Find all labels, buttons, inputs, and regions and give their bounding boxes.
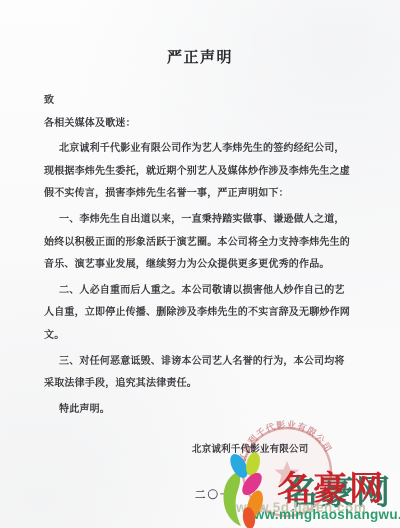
statement-line: 各相关媒体及歌迷： [44, 113, 364, 136]
statement-line: 假不实传言，损害李炜先生名誉一事，严正声明如下： [44, 183, 364, 206]
watermark-site-name: 名豪网 [277, 461, 385, 510]
logo-face-shape [224, 472, 242, 526]
flower-face-logo [219, 452, 275, 528]
statement-line: 北京诚利千代影业有限公司作为艺人李炜先生的签约经纪公司， [44, 138, 364, 161]
statement-line: 致 [44, 90, 364, 113]
statement-line: 特此声明。 [44, 399, 364, 422]
statement-line: 现根据李炜先生委托，就近期个别艺人及媒体炒作涉及李炜先生之虚 [44, 161, 364, 184]
page-title: 严正声明 [0, 46, 400, 67]
statement-line: 一、李炜先生自出道以来，一直秉持踏实做事、谦逊做人之道， [44, 209, 364, 232]
statement-line: 二、人必自重而后人重之。本公司敬请以损害他人炒作自己的艺 [44, 280, 364, 303]
statement-line: 文。 [44, 325, 364, 348]
statement-line: 人自重，立即停止传播、删除涉及李炜先生的不实言辞及无聊炒作网 [44, 302, 364, 325]
statement-line: 采取法律手段，追究其法律责任。 [44, 373, 364, 396]
statement-line: 音乐、演艺事业发展，继续努力为公众提供更多更优秀的作品。 [44, 254, 364, 277]
statement-body: 致各相关媒体及歌迷：北京诚利千代影业有限公司作为艺人李炜先生的签约经纪公司，现根… [44, 90, 364, 421]
statement-line: 三、对任何恶意诋毁、诽谤本公司艺人名誉的行为，本公司均将 [44, 351, 364, 374]
statement-line: 始终以积极正面的形象活跃于演艺圈。本公司将全力支持李炜先生的 [44, 232, 364, 255]
